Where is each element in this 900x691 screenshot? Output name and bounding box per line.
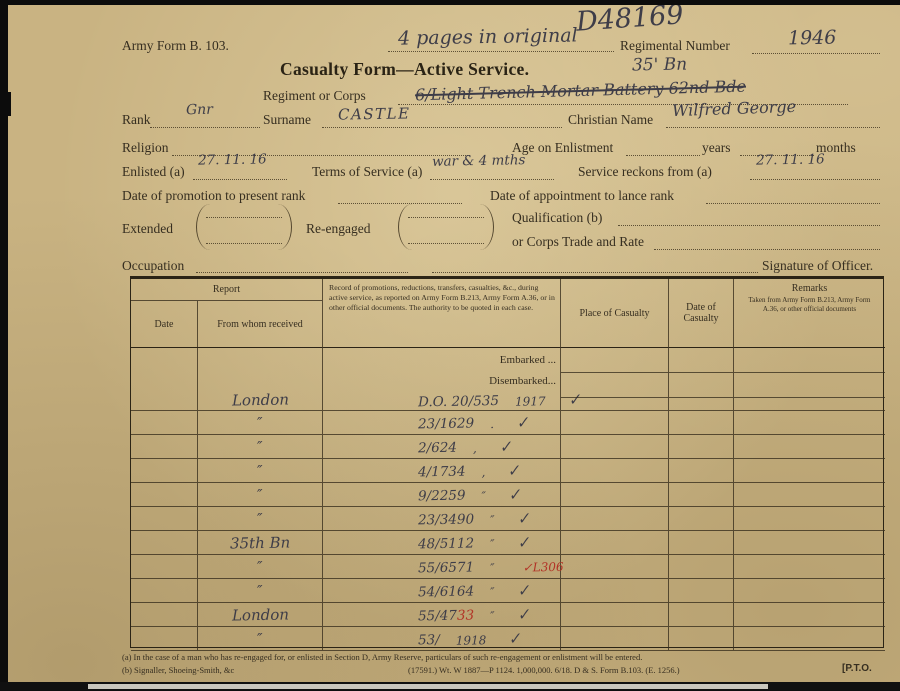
report-header-cell: Report Date From whom received [131, 279, 323, 348]
date-cell [131, 459, 198, 483]
record-suffix: ″ [490, 537, 495, 551]
surname-label: Surname [263, 112, 311, 128]
age-on-enlistment-label: Age on Enlistment [512, 140, 613, 156]
date-cell [131, 411, 198, 435]
enlisted-value-handwriting: 27. 11. 16 [198, 151, 267, 168]
christian-name-value-handwriting: Wilfred George [672, 97, 797, 120]
corps-trade-label: or Corps Trade and Rate [512, 234, 644, 250]
remarks-cell [734, 531, 885, 555]
dotted-rule [750, 179, 880, 180]
tick-mark: ✓ [515, 413, 530, 433]
record-number: 55/47 [418, 608, 457, 625]
dotted-rule [752, 53, 880, 54]
ditto-mark: ″ [257, 629, 263, 647]
record-handwriting: 4/1734,✓ [323, 457, 560, 484]
from-whom-column-header: From whom received [198, 301, 322, 347]
record-number: 55/6571 [418, 559, 474, 576]
rank-label: Rank [122, 112, 151, 128]
date-cell [131, 603, 198, 627]
record-handwriting: 54/6164″✓ [323, 577, 560, 604]
pages-note-handwriting: 4 pages in original [398, 24, 578, 49]
place-of-casualty-cell [561, 435, 669, 459]
dotted-rule [654, 249, 880, 250]
date-cell [131, 483, 198, 507]
ditto-mark: ″ [257, 485, 263, 503]
date-of-casualty-cell [669, 411, 734, 435]
qualification-label: Qualification (b) [512, 210, 602, 226]
form-paper: Army Form B. 103. 4 pages in original D4… [0, 0, 900, 691]
place-of-casualty-header: Place of Casualty [561, 279, 669, 348]
record-cell: Embarked ... Disembarked... D.O. 20/535 … [323, 348, 561, 411]
tick-mark: ✓ [506, 461, 521, 481]
remarks-cell [734, 603, 885, 627]
dotted-rule [388, 51, 614, 52]
record-cell: 9/2259″✓ [323, 483, 561, 507]
dotted-rule [196, 272, 408, 273]
rule-line [734, 397, 885, 398]
remarks-cell [734, 348, 885, 411]
date-cell [131, 435, 198, 459]
footnote-a: (a) In the case of a man who has re-enga… [122, 652, 642, 662]
record-handwriting: 23/3490″✓ [323, 505, 560, 532]
rule-line [669, 372, 733, 373]
service-reckons-value-handwriting: 27. 11. 16 [756, 151, 825, 168]
form-number-label: Army Form B. 103. [122, 38, 229, 54]
terms-of-service-value-handwriting: war & 4 mths [432, 152, 526, 170]
reference-number-handwriting: D48169 [575, 0, 684, 38]
record-number: 4/1734 [418, 464, 466, 481]
dotted-rule [432, 272, 758, 273]
scan-edge-bottom-light [88, 684, 768, 689]
record-number: 53/ [418, 632, 440, 648]
record-cell: 2/624,✓ [323, 435, 561, 459]
record-suffix: ″ [481, 489, 486, 503]
remarks-cell [734, 507, 885, 531]
record-suffix: . [490, 417, 494, 431]
dotted-rule [666, 127, 880, 128]
rule-line [561, 397, 668, 398]
record-cell: 23/1629.✓ [323, 411, 561, 435]
promotion-date-label: Date of promotion to present rank [122, 188, 305, 204]
place-of-casualty-cell [561, 348, 669, 411]
date-of-casualty-cell [669, 531, 734, 555]
record-cell: 53/1918✓ [323, 627, 561, 651]
date-of-casualty-cell [669, 627, 734, 651]
tick-mark: ✓ [507, 485, 522, 505]
red-annotation: ✓L306 [522, 560, 563, 575]
terms-of-service-label: Terms of Service (a) [312, 164, 422, 180]
footnote-b: (b) Signaller, Shoeing-Smith, &c [122, 665, 234, 675]
record-number: 23/3490 [418, 511, 474, 528]
from-whom-cell: London [198, 348, 323, 411]
from-whom-handwriting: London [231, 391, 288, 410]
place-of-casualty-cell [561, 483, 669, 507]
record-suffix: 1918 [456, 633, 487, 648]
record-suffix: , [473, 441, 477, 455]
form-title: Casualty Form—Active Service. [280, 59, 529, 80]
tick-mark: ✓ [498, 437, 513, 457]
date-cell [131, 348, 198, 411]
remarks-cell [734, 411, 885, 435]
rule-line [734, 372, 885, 373]
ditto-mark: ″ [257, 461, 263, 479]
occupation-label: Occupation [122, 258, 184, 274]
remarks-subheader: Taken from Army Form B.213, Army Form A.… [734, 294, 885, 314]
date-column-header: Date [131, 301, 198, 347]
christian-name-label: Christian Name [568, 112, 653, 128]
title-annotation-handwriting: 35' Bn [632, 55, 687, 76]
tick-mark: ✓ [515, 581, 530, 601]
date-of-casualty-cell [669, 579, 734, 603]
re-engaged-label: Re-engaged [306, 221, 370, 237]
dotted-rule [430, 179, 554, 180]
from-whom-cell: ″ [198, 555, 323, 579]
remarks-cell [734, 483, 885, 507]
enlisted-label: Enlisted (a) [122, 164, 185, 180]
record-cell: 4/1734,✓ [323, 459, 561, 483]
record-handwriting: 2/624,✓ [323, 433, 560, 460]
embarked-label: Embarked ... [323, 348, 560, 369]
record-handwriting: 48/5112″✓ [323, 529, 560, 556]
regiment-label: Regiment or Corps [263, 88, 366, 104]
remarks-cell [734, 579, 885, 603]
record-suffix: ″ [490, 561, 495, 575]
tick-mark: ✓ [515, 509, 530, 529]
lance-rank-date-label: Date of appointment to lance rank [490, 188, 674, 204]
from-whom-cell: ″ [198, 627, 323, 651]
record-number: D.O. 20/535 [418, 393, 499, 410]
from-whom-cell: ″ [198, 411, 323, 435]
record-cell: 23/3490″✓ [323, 507, 561, 531]
record-handwriting: 55/6571″✓L306 [323, 553, 560, 580]
report-header: Report [131, 279, 322, 301]
date-of-casualty-cell [669, 348, 734, 411]
record-suffix: 1917 [515, 394, 546, 409]
casualty-record-table: Report Date From whom received Record of… [130, 276, 884, 648]
record-cell: 48/5112″✓ [323, 531, 561, 555]
record-cell: 55/4733″✓ [323, 603, 561, 627]
from-whom-cell: ″ [198, 579, 323, 603]
from-whom-handwriting: 35th Bn [230, 533, 291, 552]
from-whom-cell: ″ [198, 507, 323, 531]
place-of-casualty-cell [561, 627, 669, 651]
record-handwriting: D.O. 20/535 1917 ✓ [323, 388, 560, 412]
record-handwriting: 9/2259″✓ [323, 481, 560, 508]
tick-mark: ✓ [515, 533, 530, 553]
tick-mark: ✓ [507, 629, 522, 649]
dotted-rule [193, 179, 287, 180]
pto-label: [P.T.O. [842, 663, 872, 674]
dotted-rule [408, 217, 484, 218]
religion-label: Religion [122, 140, 169, 156]
regimental-number-label: Regimental Number [620, 38, 730, 54]
from-whom-cell: ″ [198, 459, 323, 483]
record-number: 9/2259 [418, 488, 466, 505]
record-suffix: , [481, 465, 485, 479]
disembarked-label: Disembarked... [323, 369, 560, 390]
signature-of-officer-label: Signature of Officer. [762, 258, 873, 274]
ditto-mark: ″ [257, 581, 263, 599]
record-handwriting: 23/1629.✓ [323, 409, 560, 436]
dotted-rule [706, 203, 880, 204]
from-whom-cell: 35th Bn [198, 531, 323, 555]
date-cell [131, 507, 198, 531]
extended-label: Extended [122, 221, 173, 237]
from-whom-cell: ″ [198, 435, 323, 459]
date-of-casualty-cell [669, 483, 734, 507]
ditto-mark: ″ [257, 413, 263, 431]
from-whom-handwriting: London [231, 605, 288, 624]
record-cell: 54/6164″✓ [323, 579, 561, 603]
rank-value-handwriting: Gnr [186, 102, 213, 118]
record-cell: 55/6571″✓L306 [323, 555, 561, 579]
record-number: 54/6164 [418, 583, 474, 600]
regimental-number-value: 1946 [788, 27, 837, 50]
record-number-red: 33 [457, 607, 474, 623]
record-handwriting: 55/4733″✓ [323, 601, 560, 628]
from-whom-cell: London [198, 603, 323, 627]
re-engaged-bracket [398, 204, 494, 250]
date-of-casualty-cell [669, 603, 734, 627]
date-cell [131, 627, 198, 651]
rule-line [561, 372, 668, 373]
rule-line [669, 397, 733, 398]
date-of-casualty-cell [669, 507, 734, 531]
date-of-casualty-cell [669, 555, 734, 579]
place-of-casualty-cell [561, 579, 669, 603]
place-of-casualty-cell [561, 555, 669, 579]
remarks-header-cell: Remarks Taken from Army Form B.213, Army… [734, 279, 885, 348]
ditto-mark: ″ [257, 437, 263, 455]
print-code: (17591.) Wt. W 1887—P 1124. 1,000,000. 6… [408, 665, 680, 675]
record-number: 48/5112 [418, 535, 474, 552]
date-of-casualty-cell [669, 435, 734, 459]
scan-edge-notch [0, 92, 11, 116]
date-cell [131, 579, 198, 603]
scan-edge-top [0, 0, 900, 5]
place-of-casualty-cell [561, 531, 669, 555]
ditto-mark: ″ [257, 557, 263, 575]
record-handwriting: 53/1918✓ [323, 625, 560, 652]
remarks-cell [734, 435, 885, 459]
dotted-rule [626, 155, 700, 156]
remarks-cell [734, 459, 885, 483]
place-of-casualty-cell [561, 507, 669, 531]
dotted-rule [618, 225, 880, 226]
place-of-casualty-cell [561, 459, 669, 483]
record-suffix: ″ [490, 585, 495, 599]
remarks-header: Remarks [734, 283, 885, 294]
remarks-cell [734, 555, 885, 579]
years-label: years [702, 140, 730, 156]
report-subheaders: Date From whom received [131, 301, 322, 347]
date-of-casualty-cell [669, 459, 734, 483]
dotted-rule [408, 243, 484, 244]
remarks-cell [734, 627, 885, 651]
record-suffix: ″ [490, 609, 495, 623]
dotted-rule [150, 127, 260, 128]
dotted-rule [322, 127, 562, 128]
record-number: 2/624 [418, 440, 457, 457]
from-whom-cell: ″ [198, 483, 323, 507]
tick-mark: ✓ [515, 605, 530, 625]
service-reckons-label: Service reckons from (a) [578, 164, 712, 180]
place-of-casualty-cell [561, 603, 669, 627]
record-number: 23/1629 [418, 415, 474, 432]
date-cell [131, 555, 198, 579]
surname-value-handwriting: CASTLE [338, 104, 411, 123]
date-of-casualty-header: Date of Casualty [669, 279, 734, 348]
record-column-header: Record of promotions, reductions, transf… [323, 279, 561, 348]
date-cell [131, 531, 198, 555]
ditto-mark: ″ [257, 509, 263, 527]
record-suffix: ″ [490, 513, 495, 527]
extended-bracket [196, 204, 292, 250]
dotted-rule [206, 217, 282, 218]
dotted-rule [206, 243, 282, 244]
place-of-casualty-cell [561, 411, 669, 435]
